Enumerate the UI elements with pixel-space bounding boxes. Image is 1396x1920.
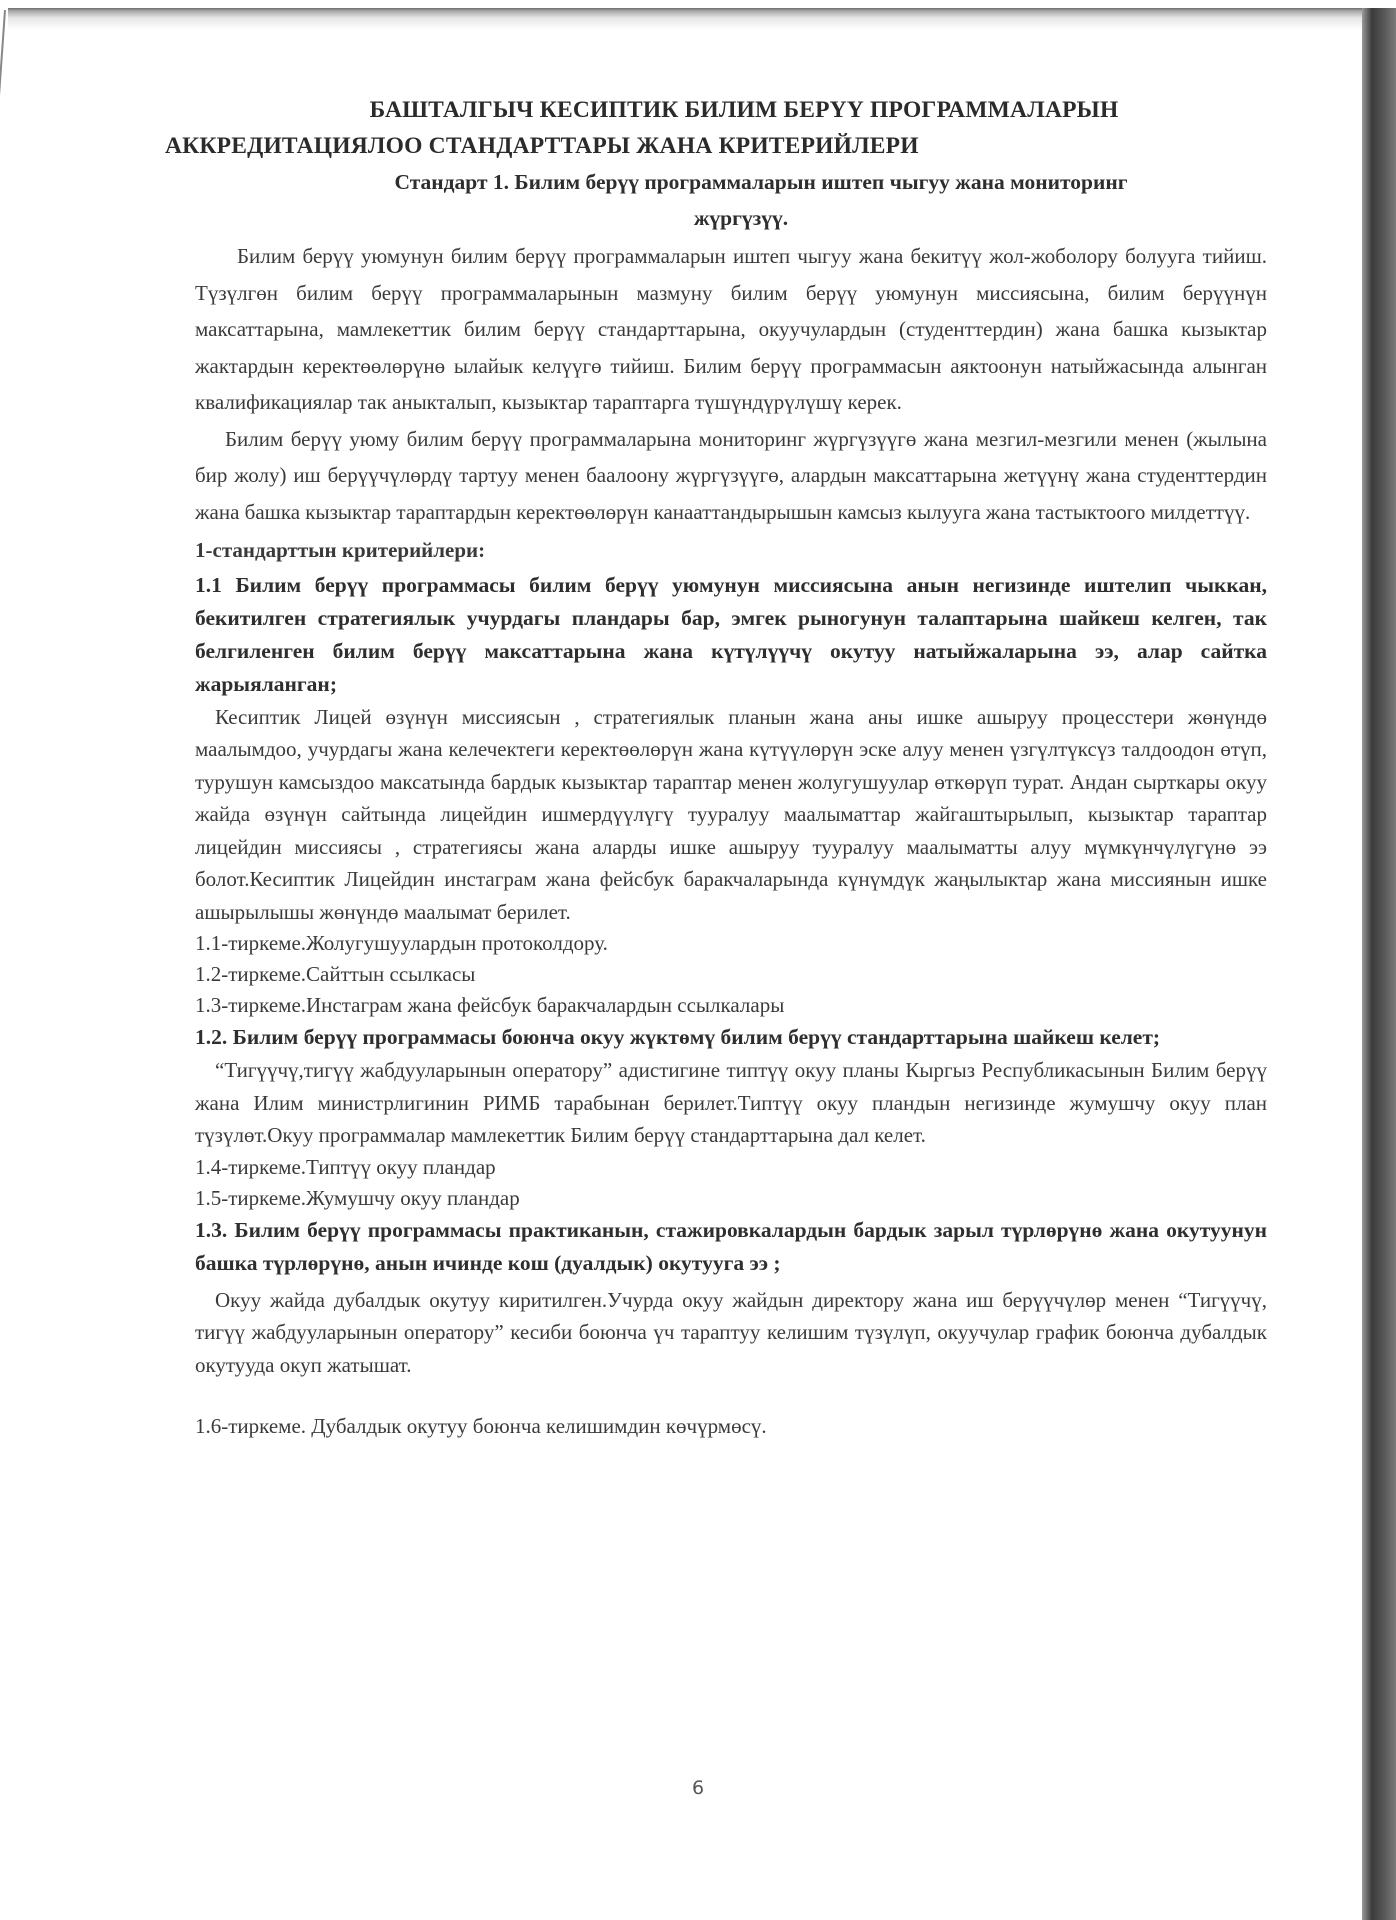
criterion-body: Окуу жайда дубалдык окутуу киритилген.Уч… [195,1284,1267,1382]
document-title: БАШТАЛГЫЧ КЕСИПТИК БИЛИМ БЕРҮҮ ПРОГРАММА… [195,92,1267,164]
document-title-line-1: БАШТАЛГЫЧ КЕСИПТИК БИЛИМ БЕРҮҮ ПРОГРАММА… [195,92,1267,128]
criterion-body: Кесиптик Лицей өзүнүн миссиясын , страте… [195,701,1267,929]
standard-title-line-1: Стандарт 1. Билим берүү программаларын и… [195,164,1267,200]
intro-paragraph: Билим берүү уюму билим берүү программала… [195,421,1267,531]
attachment-item: 1.2-тиркеме.Сайттын ссылкасы [195,959,1267,990]
criterion-title: 1.3. Билим берүү программасы практиканын… [195,1214,1267,1280]
criterion-1-2: 1.2. Билим берүү программасы боюнча окуу… [195,1021,1267,1214]
page-number: 6 [0,1777,1396,1799]
document-title-line-2: АККРЕДИТАЦИЯЛОО СТАНДАРТТАРЫ ЖАНА КРИТЕР… [165,128,1267,164]
attachment-item: 1.6-тиркеме. Дубалдык окутуу боюнча кели… [195,1411,1267,1442]
attachment-item: 1.3-тиркеме.Инстаграм жана фейсбук барак… [195,990,1267,1021]
intro-paragraph: Билим берүү уюмунун билим берүү программ… [195,238,1267,421]
scan-left-edge-mark [0,10,6,100]
scan-top-edge-shadow [8,8,1368,30]
standard-title-line-2: жүргүзүү. [195,200,1267,236]
criterion-1-3: 1.3. Билим берүү программасы практиканын… [195,1214,1267,1443]
document-page: БАШТАЛГЫЧ КЕСИПТИК БИЛИМ БЕРҮҮ ПРОГРАММА… [195,92,1267,1442]
criterion-1-1: 1.1 Билим берүү программасы билим берүү … [195,569,1267,1022]
standard-title: Стандарт 1. Билим берүү программаларын и… [195,164,1267,236]
scan-right-edge-shadow [1362,8,1396,1920]
attachment-item: 1.5-тиркеме.Жумушчу окуу пландар [195,1183,1267,1214]
criterion-title: 1.1 Билим берүү программасы билим берүү … [195,569,1267,701]
spacer [195,1381,1267,1411]
criterion-title: 1.2. Билим берүү программасы боюнча окуу… [195,1021,1267,1054]
criteria-heading: 1-стандарттын критерийлери: [195,532,1267,569]
attachment-item: 1.4-тиркеме.Типтүү окуу пландар [195,1152,1267,1183]
attachment-item: 1.1-тиркеме.Жолугушуулардын протоколдору… [195,928,1267,959]
criterion-body: “Тигүүчү,тигүү жабдууларынын оператору” … [195,1054,1267,1152]
